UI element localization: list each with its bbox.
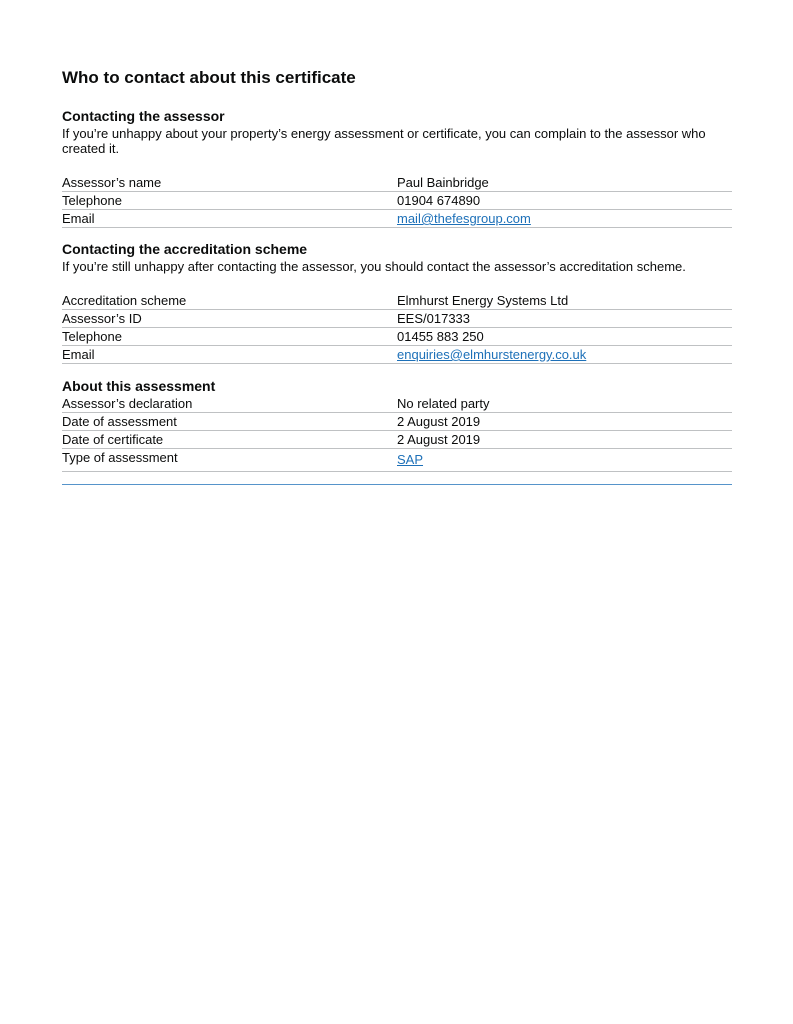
row-label: Telephone <box>62 328 397 346</box>
section-divider <box>62 484 732 485</box>
table-row: Email enquiries@elmhurstenergy.co.uk <box>62 346 732 364</box>
assessor-id-value: EES/017333 <box>397 310 732 328</box>
page-title: Who to contact about this certificate <box>62 67 356 89</box>
table-row: Date of certificate 2 August 2019 <box>62 431 732 449</box>
row-label: Date of assessment <box>62 413 397 431</box>
table-row: Telephone 01904 674890 <box>62 192 732 210</box>
assessor-name-value: Paul Bainbridge <box>397 174 732 192</box>
table-row: Accreditation scheme Elmhurst Energy Sys… <box>62 292 732 310</box>
date-of-certificate-value: 2 August 2019 <box>397 431 732 449</box>
scheme-telephone-value: 01455 883 250 <box>397 328 732 346</box>
row-label: Assessor’s ID <box>62 310 397 328</box>
row-label: Assessor’s name <box>62 174 397 192</box>
row-label: Telephone <box>62 192 397 210</box>
row-label: Accreditation scheme <box>62 292 397 310</box>
assessor-email-link[interactable]: mail@thefesgroup.com <box>397 211 531 226</box>
table-row: Assessor’s ID EES/017333 <box>62 310 732 328</box>
table-row: Date of assessment 2 August 2019 <box>62 413 732 431</box>
assessment-table: Assessor’s declaration No related party … <box>62 395 732 472</box>
row-label: Email <box>62 210 397 228</box>
scheme-section-heading: Contacting the accreditation scheme <box>62 241 307 258</box>
scheme-table: Accreditation scheme Elmhurst Energy Sys… <box>62 292 732 364</box>
scheme-email-link[interactable]: enquiries@elmhurstenergy.co.uk <box>397 347 586 362</box>
assessment-section-heading: About this assessment <box>62 378 215 395</box>
table-row: Telephone 01455 883 250 <box>62 328 732 346</box>
assessment-type-link[interactable]: SAP <box>397 452 423 467</box>
table-row: Email mail@thefesgroup.com <box>62 210 732 228</box>
table-row: Assessor’s declaration No related party <box>62 395 732 413</box>
date-of-assessment-value: 2 August 2019 <box>397 413 732 431</box>
row-label: Type of assessment <box>62 449 397 472</box>
scheme-section-intro: If you’re still unhappy after contacting… <box>62 259 732 274</box>
row-label: Assessor’s declaration <box>62 395 397 413</box>
scheme-name-value: Elmhurst Energy Systems Ltd <box>397 292 732 310</box>
table-row: Type of assessment SAP <box>62 449 732 472</box>
table-row: Assessor’s name Paul Bainbridge <box>62 174 732 192</box>
assessor-telephone-value: 01904 674890 <box>397 192 732 210</box>
row-label: Date of certificate <box>62 431 397 449</box>
assessor-section-intro: If you’re unhappy about your property’s … <box>62 126 732 156</box>
assessor-section-heading: Contacting the assessor <box>62 108 225 125</box>
row-label: Email <box>62 346 397 364</box>
declaration-value: No related party <box>397 395 732 413</box>
assessor-table: Assessor’s name Paul Bainbridge Telephon… <box>62 174 732 228</box>
